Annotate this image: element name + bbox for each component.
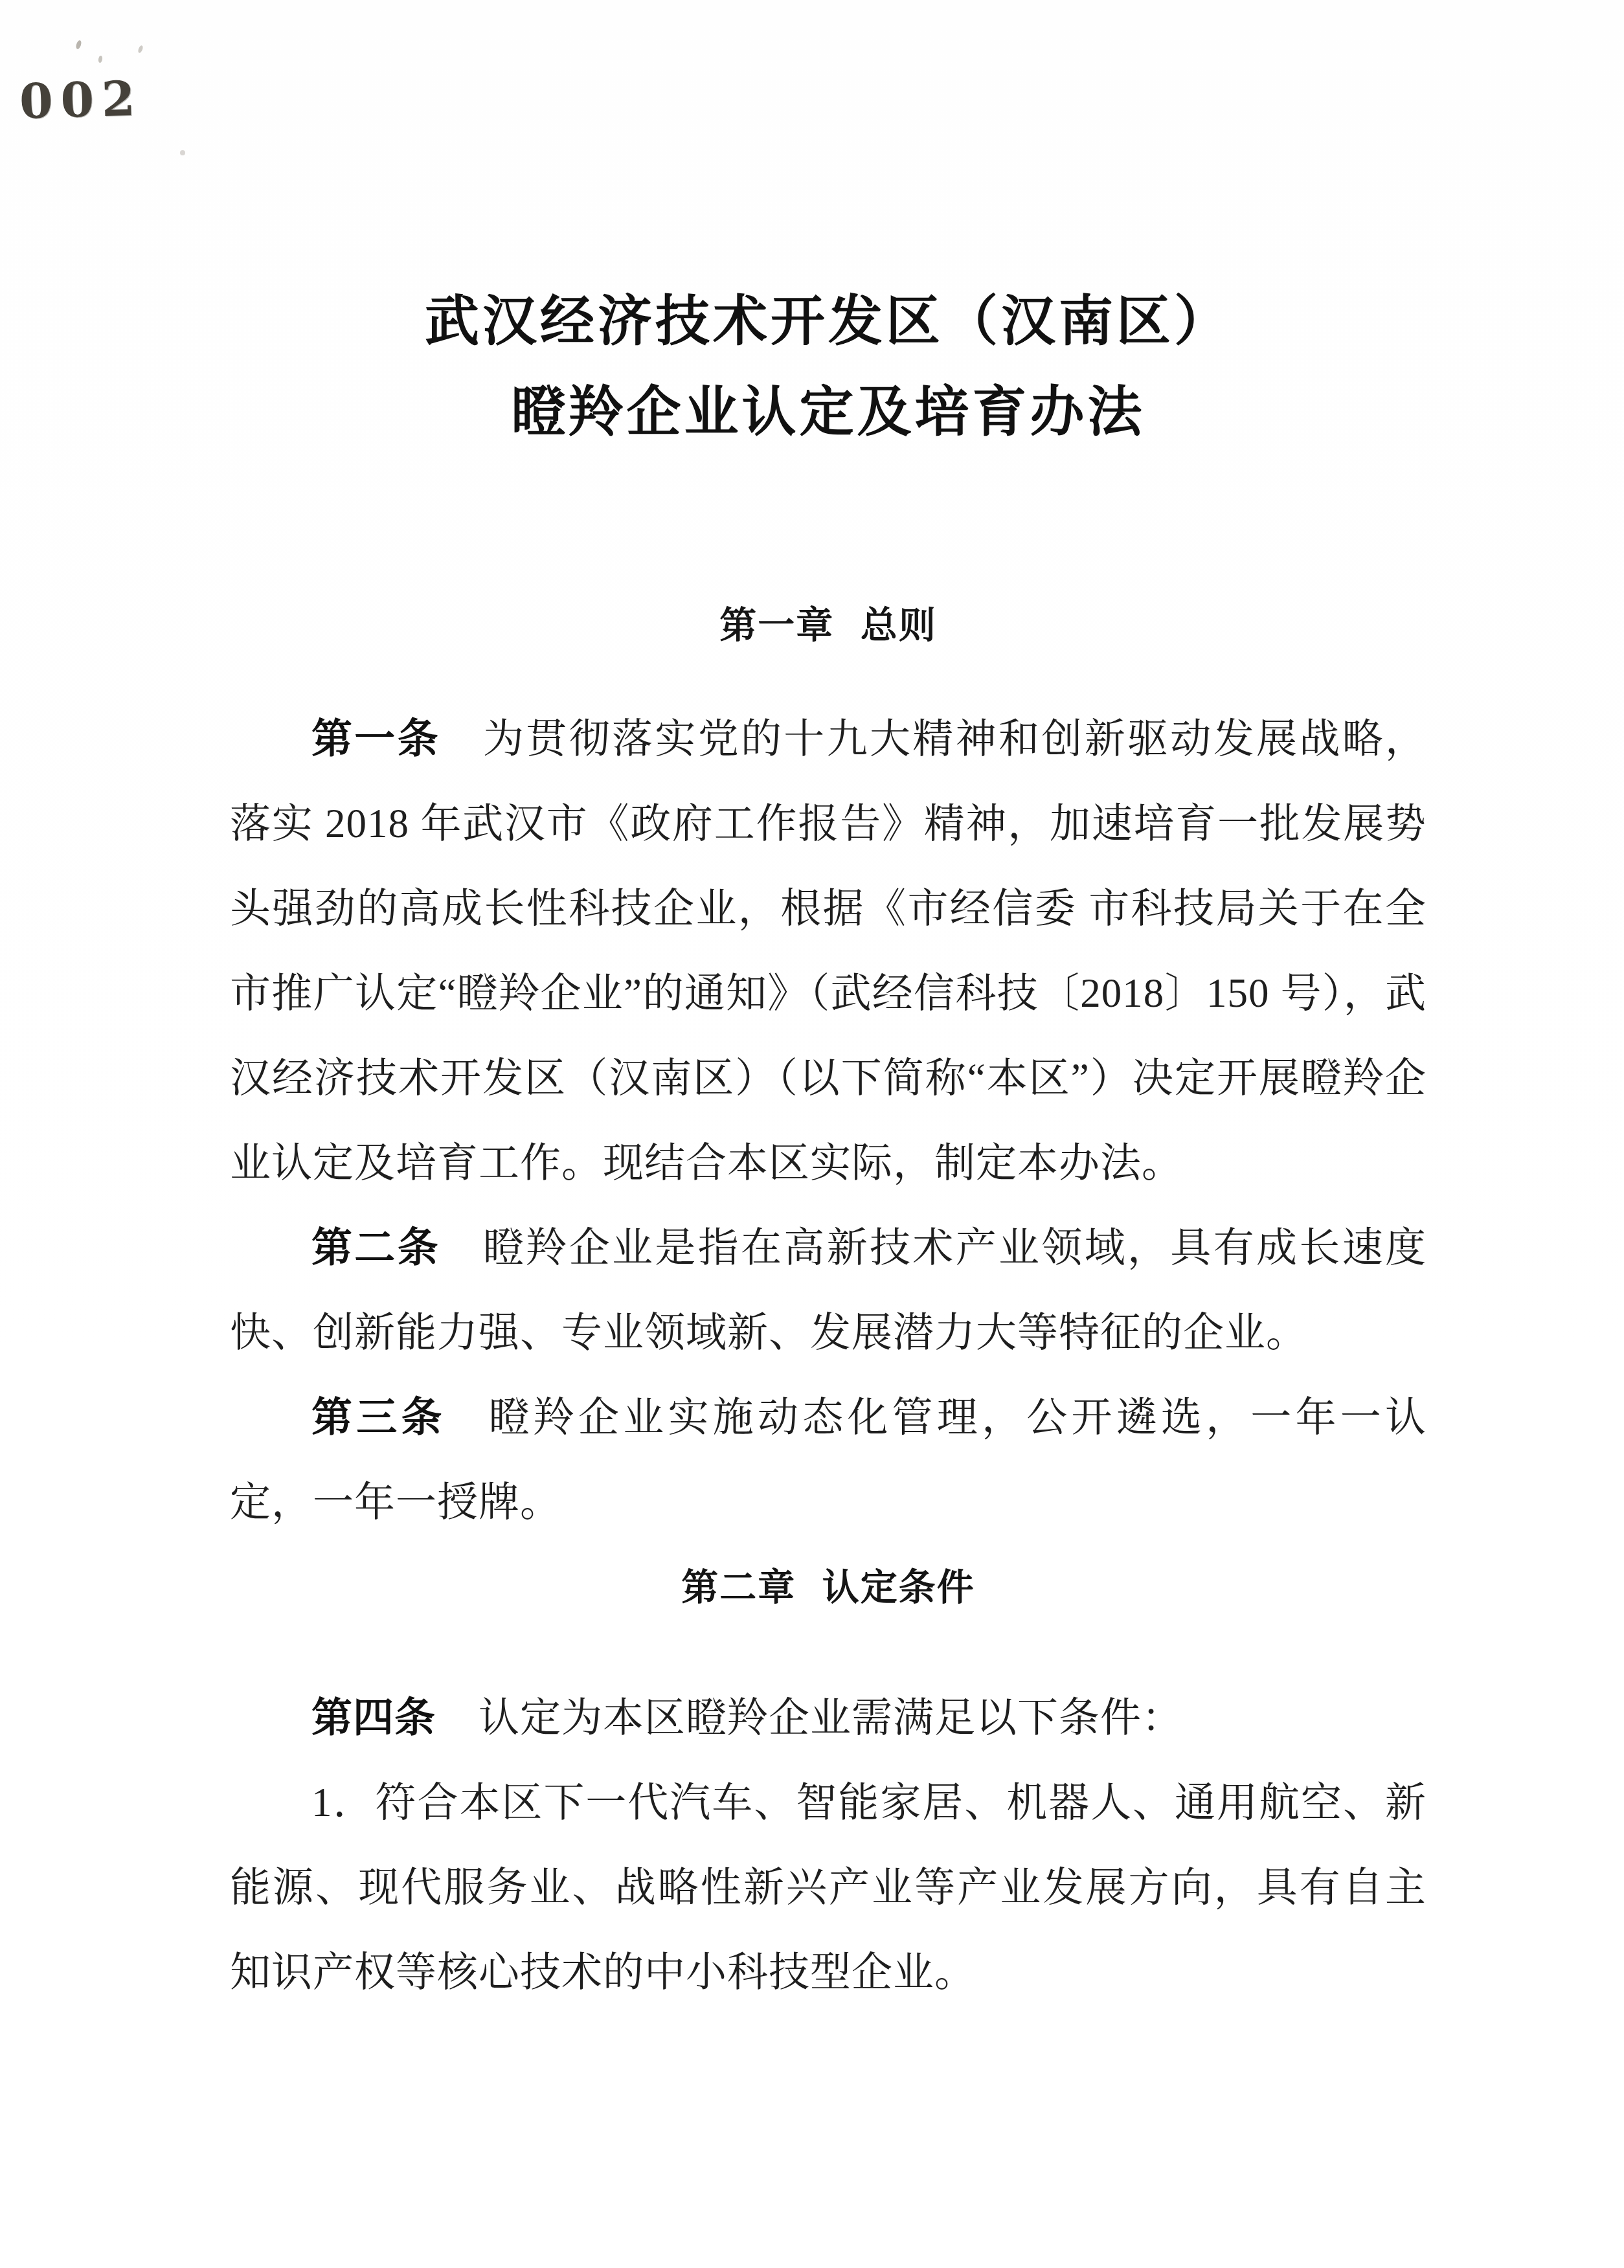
chapter-1-articles: 第一条为贯彻落实党的十九大精神和创新驱动发展战略，落实 2018 年武汉市《政府…: [230, 697, 1427, 1545]
article-4-item-1-paragraph: 1．符合本区下一代汽车、智能家居、机器人、通用航空、新能源、现代服务业、战略性新…: [230, 1760, 1427, 2015]
chapter-2-articles: 第四条认定为本区瞪羚企业需满足以下条件： 1．符合本区下一代汽车、智能家居、机器…: [230, 1676, 1427, 2015]
page-number-stamp: 002: [19, 71, 144, 130]
article-4-label: 第四条: [311, 1695, 436, 1740]
scan-artifact-speck: [180, 150, 185, 155]
article-4-item-1-text: 1．符合本区下一代汽车、智能家居、机器人、通用航空、新能源、现代服务业、战略性新…: [230, 1780, 1427, 1995]
scanned-document-page: { "page": { "stamp": "002" }, "doc": { "…: [0, 0, 1624, 2268]
document-body: 武汉经济技术开发区（汉南区） 瞪羚企业认定及培育办法 第一章 总则 第一条为贯彻…: [230, 277, 1427, 2015]
article-1-text: 为贯彻落实党的十九大精神和创新驱动发展战略，落实 2018 年武汉市《政府工作报…: [230, 716, 1427, 1185]
article-1-label: 第一条: [311, 716, 440, 761]
page-background: 002 武汉经济技术开发区（汉南区） 瞪羚企业认定及培育办法 第一章 总则 第一…: [0, 0, 1624, 2268]
article-3-paragraph: 第三条瞪羚企业实施动态化管理，公开遴选，一年一认定，一年一授牌。: [230, 1375, 1427, 1545]
article-2-paragraph: 第二条瞪羚企业是指在高新技术产业领域，具有成长速度快、创新能力强、专业领域新、发…: [230, 1206, 1427, 1375]
scan-artifact-speck: [75, 39, 82, 49]
document-title: 武汉经济技术开发区（汉南区） 瞪羚企业认定及培育办法: [230, 277, 1427, 458]
article-4-text: 认定为本区瞪羚企业需满足以下条件：: [479, 1695, 1183, 1740]
article-1-paragraph: 第一条为贯彻落实党的十九大精神和创新驱动发展战略，落实 2018 年武汉市《政府…: [230, 697, 1427, 1206]
article-3-label: 第三条: [311, 1395, 446, 1440]
scan-artifact-speck: [98, 56, 103, 63]
chapter-1-heading: 第一章 总则: [230, 593, 1427, 658]
document-title-line-1: 武汉经济技术开发区（汉南区）: [425, 292, 1232, 352]
article-4-paragraph: 第四条认定为本区瞪羚企业需满足以下条件：: [230, 1676, 1427, 1760]
chapter-2-heading: 第二章 认定条件: [230, 1555, 1427, 1620]
document-title-line-2: 瞪羚企业认定及培育办法: [511, 383, 1145, 443]
scan-artifact-speck: [137, 45, 144, 53]
article-2-label: 第二条: [311, 1225, 440, 1270]
